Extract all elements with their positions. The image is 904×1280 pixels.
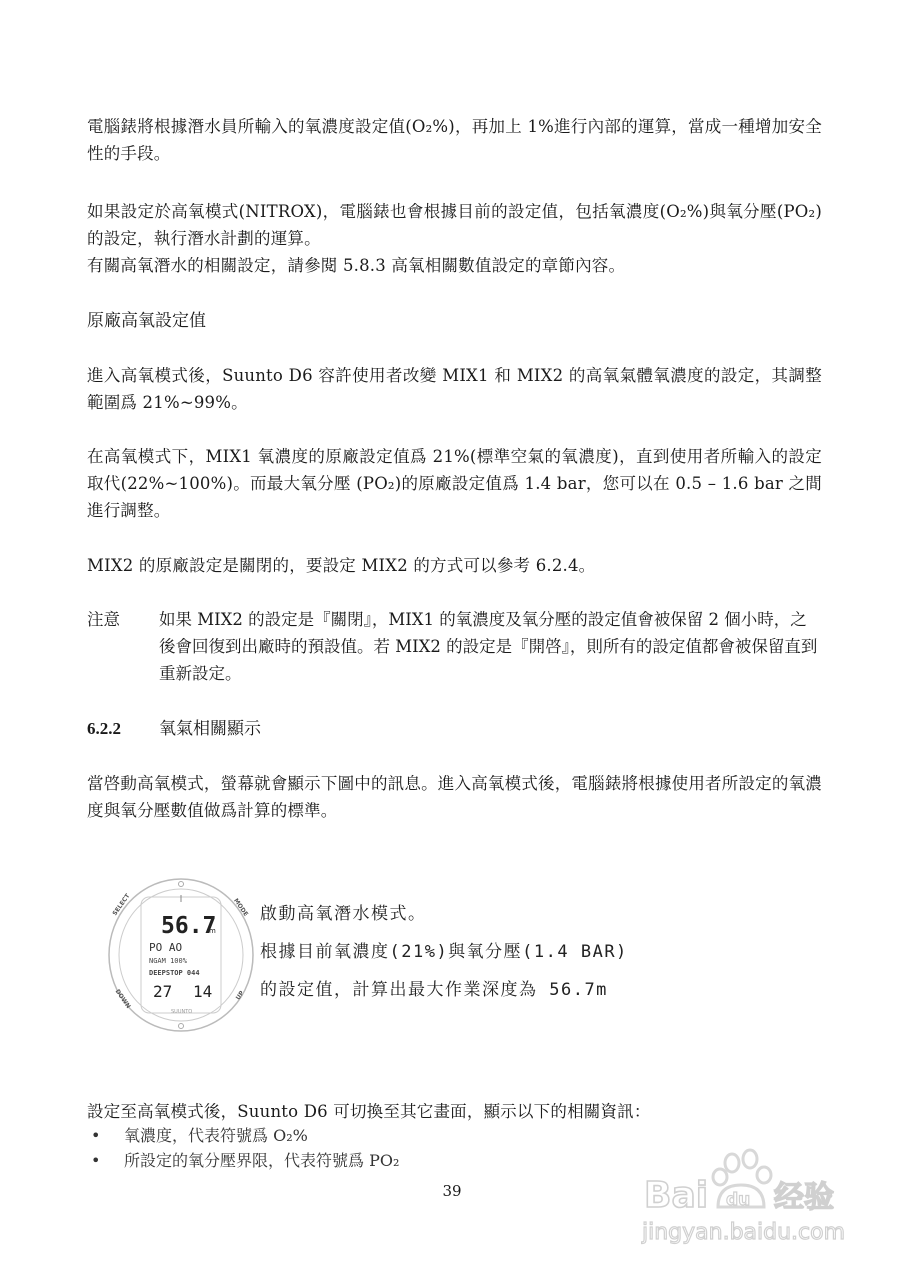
section-title: 氧氣相關顯示: [159, 719, 261, 739]
svg-text:SUUNTO: SUUNTO: [171, 1009, 192, 1015]
list-item: • 所設定的氧分壓界限，代表符號爲 PO₂: [87, 1148, 399, 1173]
svg-text:56.7: 56.7: [161, 913, 216, 939]
dive-computer-illustration: 56.7 m PO AO NGAM 100% DEEPSTOP 044 27 1…: [105, 875, 257, 1035]
section-heading: 6.2.2氧氣相關顯示: [87, 716, 261, 742]
svg-text:du: du: [726, 1190, 750, 1210]
paragraph-nitrox-mode: 如果設定於高氧模式(NITROX)，電腦錶也會根據目前的設定值，包括氧濃度(O₂…: [87, 198, 822, 252]
baidu-watermark-logo: Bai du 经验 jingyan.baidu.com: [640, 1145, 880, 1265]
list-item-text: 所設定的氧分壓界限，代表符號爲 PO₂: [124, 1151, 399, 1170]
list-item-text: 氧濃度，代表符號爲 O₂%: [124, 1126, 308, 1145]
svg-text:jingyan.baidu.com: jingyan.baidu.com: [641, 1220, 845, 1245]
svg-text:14: 14: [193, 982, 212, 1001]
svg-text:DEEPSTOP 044: DEEPSTOP 044: [149, 969, 200, 977]
paragraph-reference: 有關高氧潛水的相關設定，請參閱 5.8.3 高氧相關數值設定的章節內容。: [87, 252, 822, 279]
paragraph-section-intro: 當啓動高氧模式，螢幕就會顯示下圖中的訊息。進入高氧模式後，電腦錶將根據使用者所設…: [87, 770, 822, 824]
subheading-factory-defaults: 原廠高氧設定值: [87, 308, 206, 334]
svg-text:NGAM 100%: NGAM 100%: [149, 957, 188, 965]
note-text: 如果 MIX2 的設定是『關閉』，MIX1 的氧濃度及氧分壓的設定值會被保留 2…: [159, 606, 822, 687]
caption-line: 啟動高氧潛水模式。: [260, 895, 628, 933]
caption-line: 根據目前氧濃度(21%)與氧分壓(1.4 BAR): [260, 933, 628, 971]
document-page: 電腦錶將根據潛水員所輸入的氧濃度設定值(O₂%)，再加上 1%進行內部的運算，當…: [0, 0, 904, 1280]
bullet-list: • 氧濃度，代表符號爲 O₂% • 所設定的氧分壓界限，代表符號爲 PO₂: [87, 1123, 399, 1173]
bullet-icon: •: [91, 1148, 100, 1174]
paragraph-mix2-defaults: MIX2 的原廠設定是關閉的，要設定 MIX2 的方式可以參考 6.2.4。: [87, 552, 822, 579]
section-number: 6.2.2: [87, 716, 159, 742]
svg-text:m: m: [209, 927, 216, 935]
paragraph-mix1-defaults: 在高氧模式下，MIX1 氧濃度的原廠設定值爲 21%(標準空氣的氧濃度)，直到使…: [87, 443, 822, 524]
svg-text:27: 27: [153, 982, 172, 1001]
note-label: 注意: [87, 606, 120, 633]
svg-text:Bai: Bai: [644, 1175, 708, 1216]
bullet-icon: •: [91, 1123, 100, 1149]
svg-text:经验: 经验: [774, 1180, 834, 1215]
figure-caption: 啟動高氧潛水模式。 根據目前氧濃度(21%)與氧分壓(1.4 BAR) 的設定值…: [260, 895, 628, 1009]
paragraph-mix-range: 進入高氧模式後，Suunto D6 容許使用者改變 MIX1 和 MIX2 的高…: [87, 362, 822, 416]
watch-figure: 56.7 m PO AO NGAM 100% DEEPSTOP 044 27 1…: [95, 855, 715, 1060]
svg-text:PO AO: PO AO: [149, 941, 182, 954]
caption-line: 的設定值，計算出最大作業深度為 56.7m: [260, 971, 628, 1009]
list-item: • 氧濃度，代表符號爲 O₂%: [87, 1123, 399, 1148]
svg-text:SELECT: SELECT: [111, 892, 132, 917]
paragraph-o2-safety: 電腦錶將根據潛水員所輸入的氧濃度設定值(O₂%)，再加上 1%進行內部的運算，當…: [87, 113, 822, 167]
paragraph-after-figure: 設定至高氧模式後，Suunto D6 可切換至其它畫面，顯示以下的相關資訊：: [87, 1098, 822, 1125]
svg-text:MODE: MODE: [232, 897, 249, 918]
